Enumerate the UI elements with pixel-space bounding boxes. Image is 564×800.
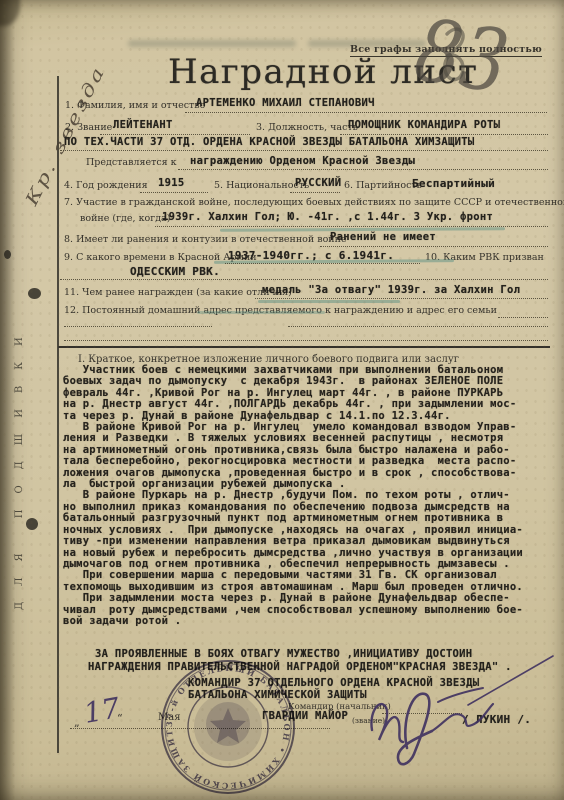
- rule-line: [340, 134, 548, 135]
- ink-blot: [26, 518, 38, 530]
- rule-line: [498, 317, 548, 318]
- field1-label: 1. Фамилия, имя и отчество: [65, 100, 205, 111]
- award-sheet-document: Все графы заполнять полностью Наградной …: [0, 0, 564, 800]
- presented-value: награждению Орденом Красной Звезды: [190, 155, 415, 167]
- rule-line: [185, 112, 547, 113]
- field4-label: 4. Год рождения: [64, 180, 148, 191]
- rule-line: [288, 326, 548, 327]
- field4-value: 1915: [158, 177, 185, 189]
- field3-value-line2: ПО ТЕХ.ЧАСТИ 37 ОТД. ОРДЕНА КРАСНОЙ ЗВЕЗ…: [64, 136, 475, 148]
- rule-line: [60, 279, 548, 280]
- highlight-mark: [258, 300, 400, 303]
- field6-label: 6. Партийность: [344, 180, 422, 191]
- field8-label: 8. Имеет ли ранения и контузии в отечест…: [64, 234, 347, 245]
- field1-value: АРТЕМЕНКО МИХАИЛ СТЕПАНОВИЧ: [196, 97, 375, 109]
- signer-name: / ЛУКИН /.: [462, 713, 531, 726]
- rule-line: [225, 263, 420, 264]
- rank-caption: (звание): [352, 716, 385, 725]
- bleedthrough-smudge: [128, 40, 296, 47]
- field2-label: 2. Звание: [65, 122, 112, 133]
- rule-line: [320, 246, 548, 247]
- date-quote-close: “: [117, 712, 123, 725]
- field5-value: РУССКИЙ: [295, 177, 341, 189]
- presented-label: Представляется к: [86, 157, 177, 168]
- rule-line: [178, 169, 548, 170]
- ink-blot: [4, 250, 11, 259]
- rule-line: [382, 713, 462, 714]
- rule-line: [290, 192, 340, 193]
- rule-line: [64, 326, 212, 327]
- ink-blot: [28, 288, 41, 299]
- field2-value: ЛЕЙТЕНАНТ: [113, 119, 173, 131]
- scan-corner-blot: [0, 0, 20, 26]
- field7-value: 1939г. Халхин Гол; Ю. -41г. ,с 1.44г. 3 …: [162, 211, 493, 223]
- highlight-mark: [197, 311, 325, 314]
- field11-value: медаль "За отвагу" 1939г. за Халхин Гол: [262, 284, 520, 296]
- rule-line: [64, 340, 548, 341]
- field6-value: Беспартийный: [412, 177, 495, 190]
- rule-line: [255, 298, 548, 299]
- battalion-stamp: 37-й ОТДЕЛЬНЫЙ БАТАЛЬОН • ХИМИЧЕСКОЙ ЗАЩ…: [155, 654, 301, 800]
- field8-value: Ранений не имеет: [330, 231, 436, 243]
- scan-edge-left: [0, 0, 15, 800]
- rule-line: [140, 192, 208, 193]
- section1-body: Участник боев с немецкими захватчиками п…: [63, 365, 553, 627]
- rule-line: [60, 150, 548, 151]
- handwritten-page-number: 83: [409, 0, 515, 113]
- rule-line: [100, 134, 250, 135]
- field7-label: 7. Участие в гражданской войне, последую…: [64, 197, 564, 208]
- field3-value: ПОМОЩНИК КОМАНДИРА РОТЫ: [348, 119, 500, 131]
- margin-binding-note: ДЛЯ ПОДШИВКИ: [14, 190, 28, 610]
- field11-label: 11. Чем ранее награжден (за какие отличи…: [64, 287, 292, 298]
- form-left-rule: [57, 76, 59, 753]
- field7-label2: войне (где, когда): [80, 213, 170, 224]
- field10-value: ОДЕССКИМ РВК.: [130, 265, 220, 278]
- section-divider: [58, 346, 550, 348]
- field3-label: 3. Должность, часть: [256, 122, 358, 133]
